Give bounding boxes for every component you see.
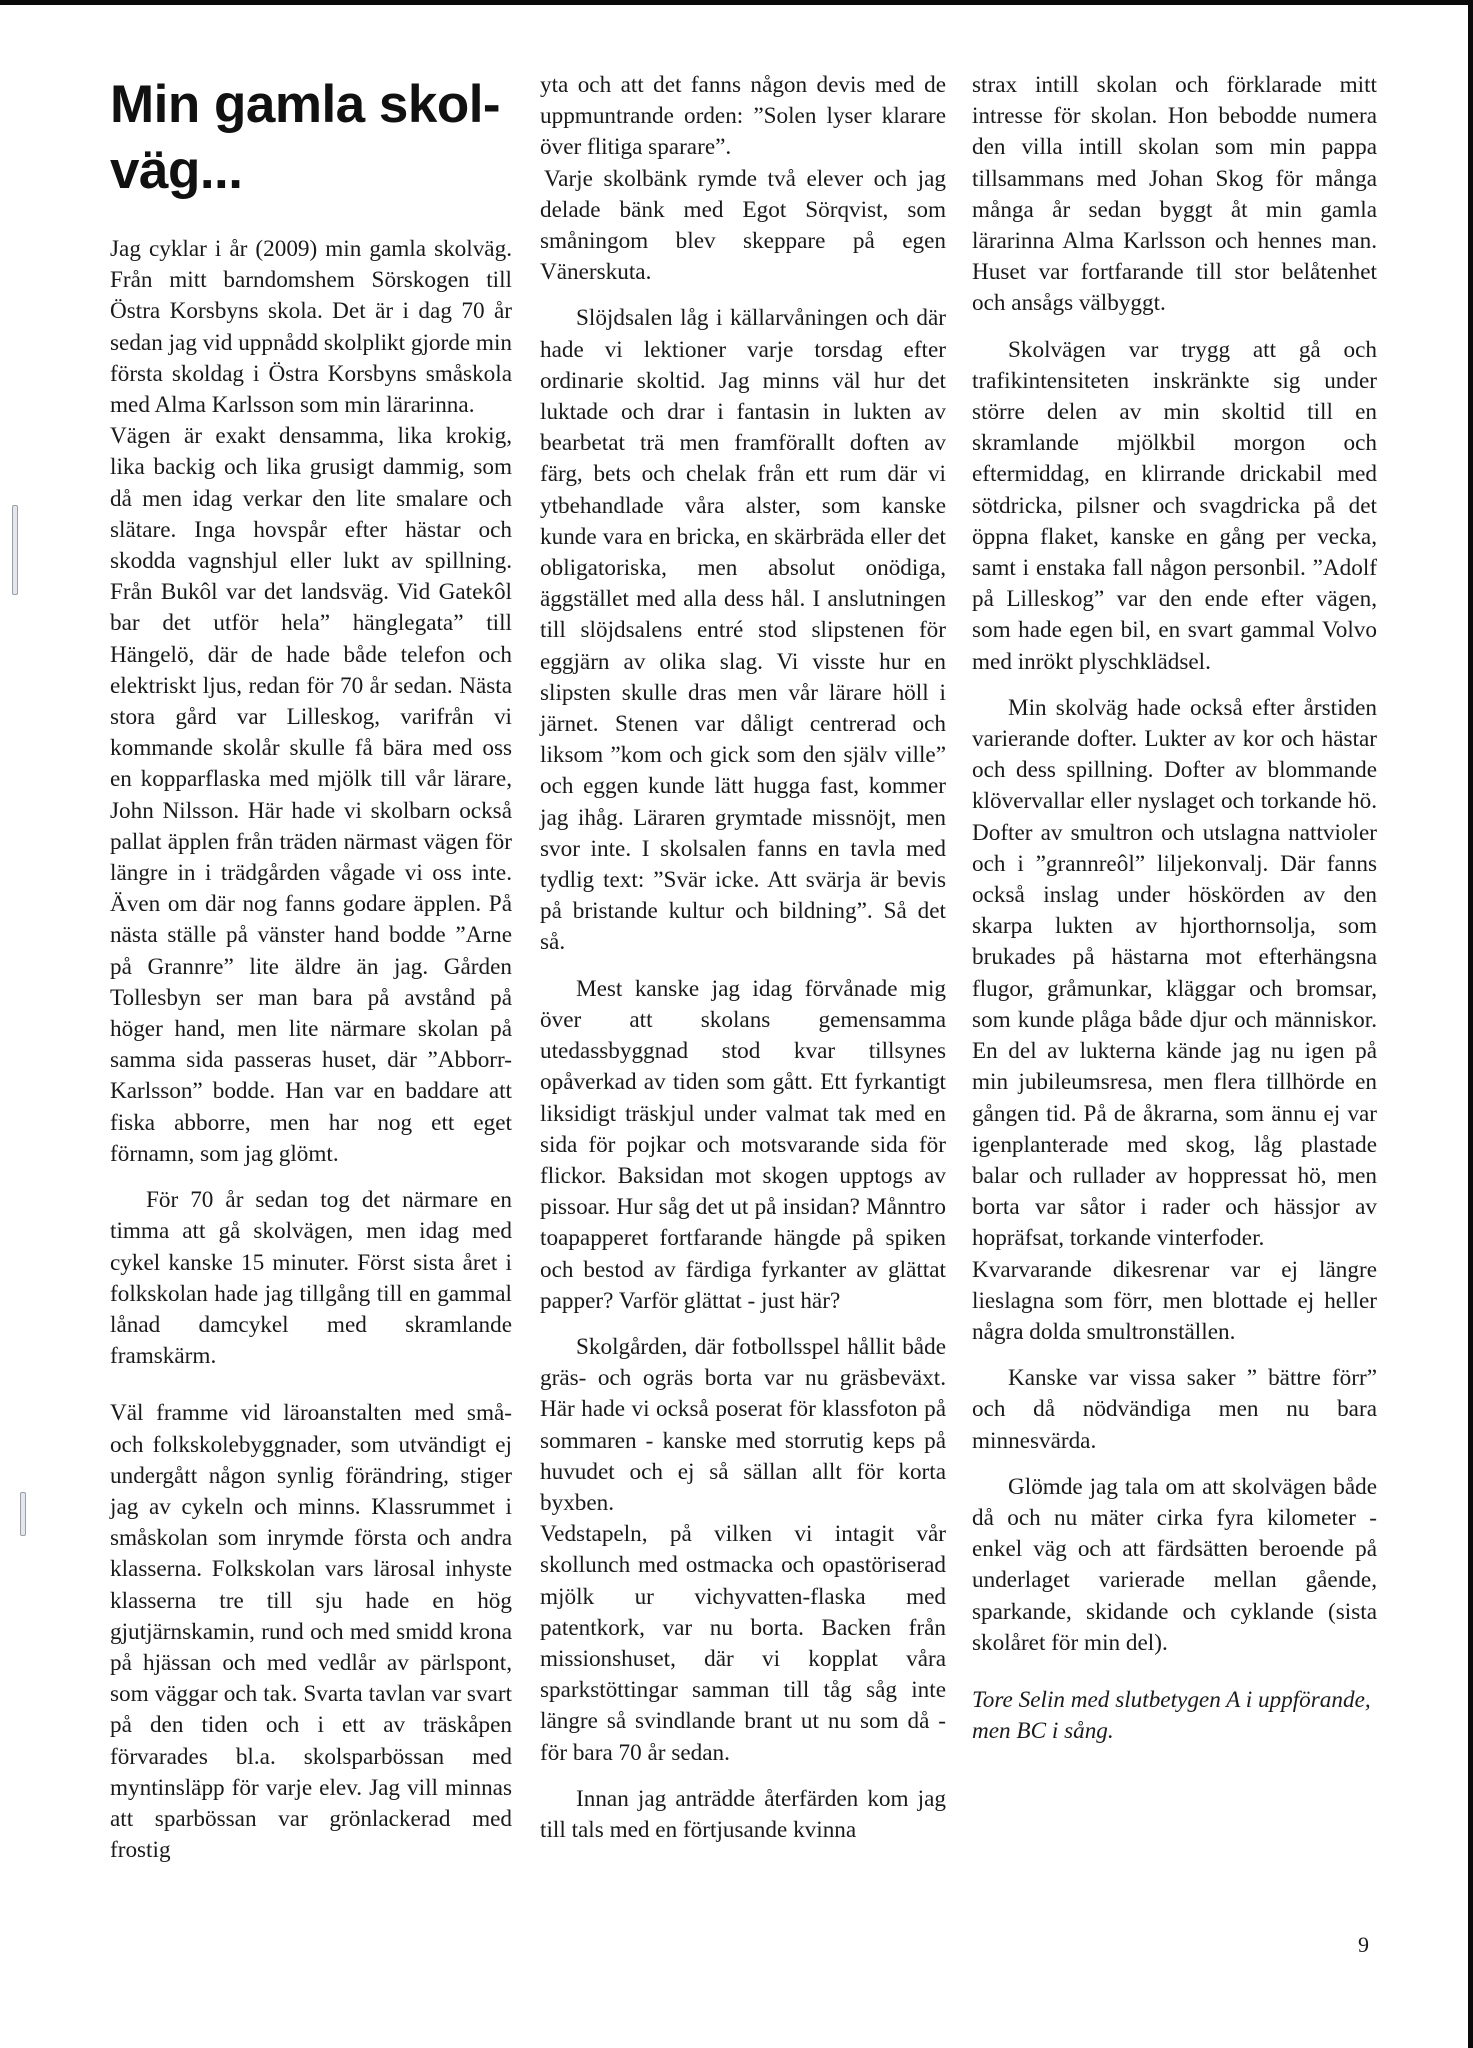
- paragraph: Väl framme vid läroanstalten med små- oc…: [110, 1398, 512, 1866]
- column-1: Min gamla skol-väg... Jag cyklar i år (2…: [110, 72, 512, 1866]
- paragraph: Vedstapeln, på vilken vi intagit vår sko…: [540, 1519, 946, 1769]
- paragraph: strax intill skolan och förklarade mitt …: [972, 70, 1377, 320]
- column-3: strax intill skolan och förklarade mitt …: [972, 70, 1377, 1747]
- staple-mark: [20, 1492, 26, 1536]
- paragraph: yta och att det fanns någon devis med de…: [540, 70, 946, 164]
- paragraph: Kvarvarande dikesrenar var ej längre lie…: [972, 1255, 1377, 1349]
- article-title: Min gamla skol-väg...: [110, 72, 512, 204]
- paragraph: Skolgården, där fotbollsspel hållit både…: [540, 1332, 946, 1519]
- paragraph: För 70 år sedan tog det närmare en timma…: [110, 1185, 512, 1372]
- paragraph: Mest kanske jag idag förvånade mig över …: [540, 974, 946, 1317]
- paragraph: Kanske var vissa saker ” bättre förr” oc…: [972, 1363, 1377, 1457]
- scan-border-right: [1468, 0, 1473, 2048]
- page-number: 9: [1358, 1932, 1369, 1958]
- paragraph: Skolvägen var trygg att gå och trafikint…: [972, 335, 1377, 678]
- staple-mark: [12, 505, 18, 595]
- paragraph: Innan jag anträdde återfärden kom jag ti…: [540, 1784, 946, 1846]
- column-2: yta och att det fanns någon devis med de…: [540, 70, 946, 1846]
- paragraph: Glömde jag tala om att skolvägen både då…: [972, 1472, 1377, 1659]
- paragraph: Min skolväg hade också efter årstiden va…: [972, 693, 1377, 1255]
- paragraph: Jag cyklar i år (2009) min gamla skolväg…: [110, 234, 512, 421]
- author-signature: Tore Selin med slutbetygen A i uppförand…: [972, 1685, 1377, 1747]
- scan-border-top: [0, 0, 1473, 5]
- paragraph: Varje skolbänk rymde två elever och jag …: [540, 164, 946, 289]
- paragraph: Vägen är exakt densamma, lika krokig, li…: [110, 421, 512, 1170]
- paragraph: Slöjdsalen låg i källarvåningen och där …: [540, 303, 946, 958]
